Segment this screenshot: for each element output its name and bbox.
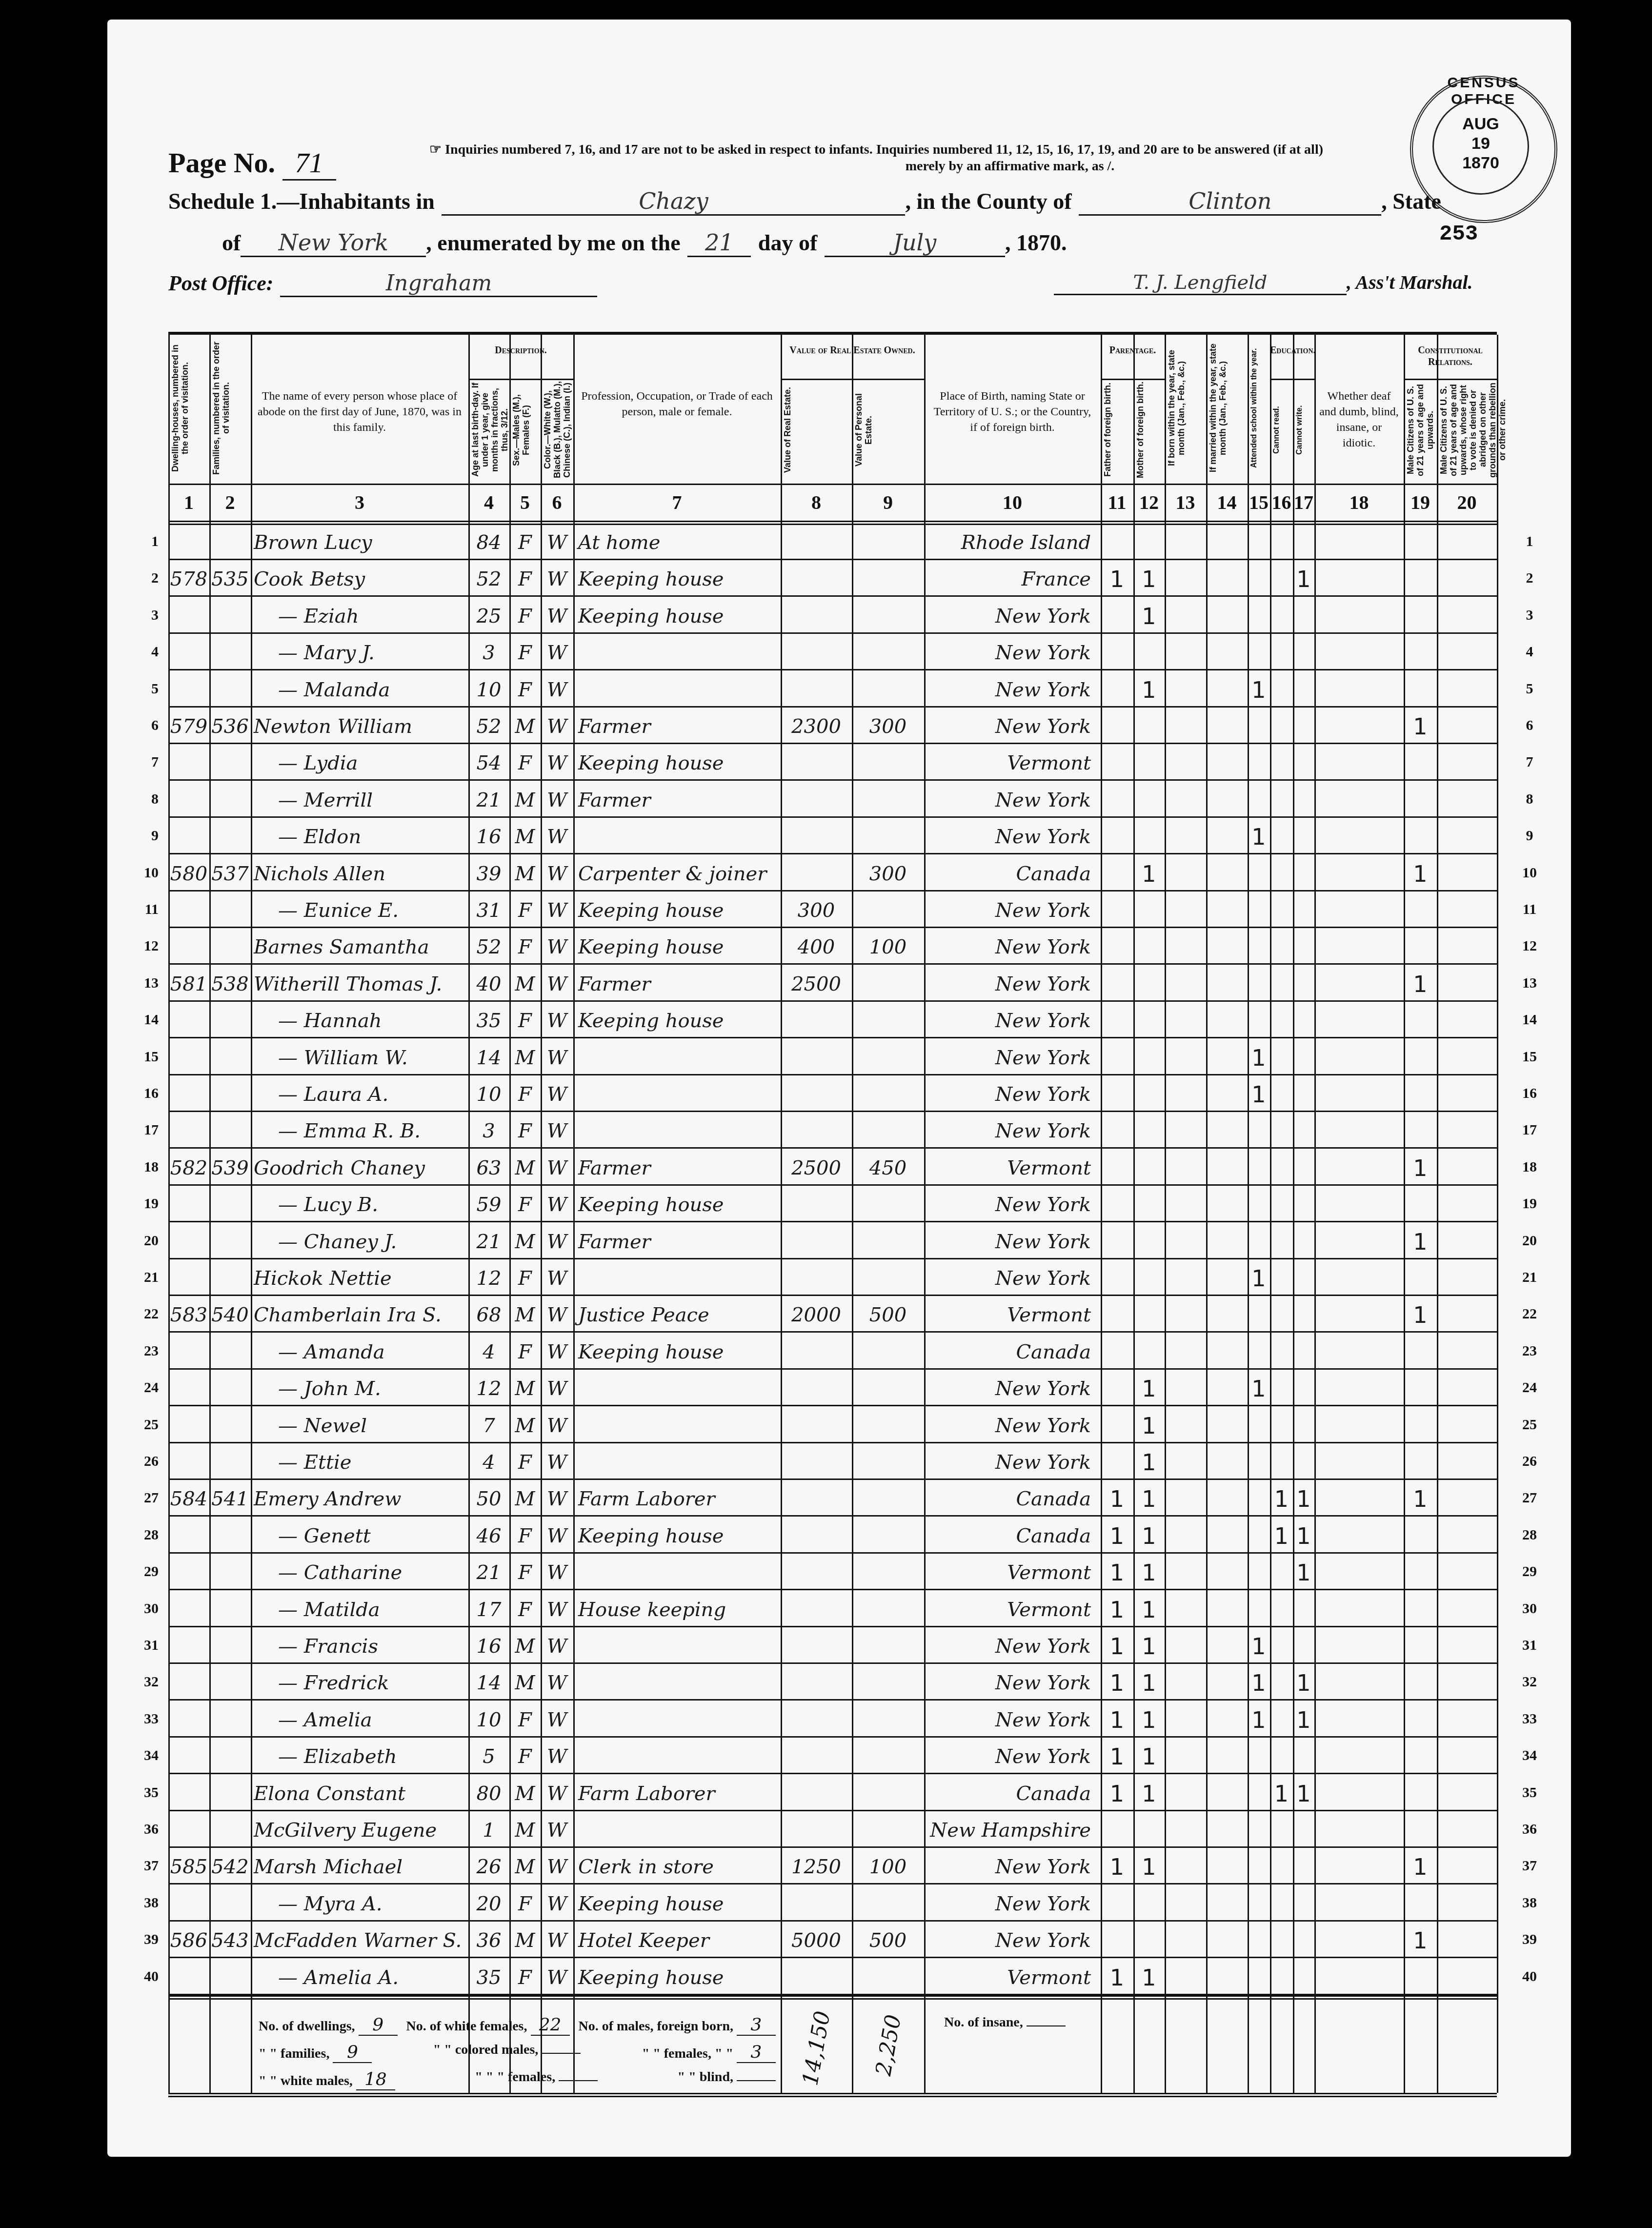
- cell-sex: M: [509, 1374, 541, 1404]
- cell-father-foreign: [1101, 859, 1133, 889]
- column-header-9: Value of Personal Estate.: [854, 381, 922, 479]
- cell-real-estate: 2000: [781, 1300, 852, 1330]
- cell-family: [209, 1742, 251, 1772]
- table-row: — Laura A.10FWNew York11616: [168, 1075, 1497, 1112]
- cell-sex: M: [509, 1779, 541, 1809]
- cell-sex: M: [509, 1668, 541, 1698]
- cell-sex: M: [509, 1631, 541, 1661]
- cell-cannot-write: 1: [1293, 1668, 1314, 1698]
- cell-name: Goodrich Chaney: [254, 1153, 468, 1183]
- cell-birthplace: Vermont: [929, 1153, 1091, 1183]
- line-number-left: 14: [134, 1012, 159, 1028]
- cell-real-estate: [781, 1815, 852, 1845]
- cell-citizen: [1404, 1815, 1437, 1845]
- cell-occupation: At home: [578, 527, 781, 558]
- cell-dwelling: [168, 1631, 209, 1661]
- cell-cannot-read: [1270, 1043, 1293, 1073]
- line-number-left: 29: [134, 1563, 159, 1580]
- cell-birthplace: Canada: [929, 859, 1091, 889]
- cell-real-estate: [781, 1521, 852, 1551]
- line-number-left: 24: [134, 1379, 159, 1396]
- cell-color: W: [541, 932, 573, 962]
- cell-cannot-read: [1270, 1079, 1293, 1110]
- cell-mother-foreign: 1: [1133, 601, 1165, 631]
- group-header-constitutional: Constitutional Relations.: [1404, 344, 1497, 368]
- cell-cannot-write: [1293, 932, 1314, 962]
- summary-line: No. of dwellings, 9No. of white females,…: [259, 2015, 776, 2042]
- cell-occupation: Clerk in store: [578, 1852, 781, 1882]
- cell-age: 63: [468, 1153, 509, 1183]
- cell-mother-foreign: [1133, 785, 1165, 815]
- cell-father-foreign: 1: [1101, 1631, 1133, 1661]
- summary-item-colored-females: " " " females,: [475, 2069, 598, 2097]
- cell-school: [1248, 1558, 1270, 1588]
- cell-real-estate: [781, 1742, 852, 1772]
- cell-citizen: 1: [1404, 1227, 1437, 1257]
- summary-label: " " females, " ": [642, 2046, 733, 2061]
- summary-value: [559, 2080, 598, 2081]
- cell-real-estate: 2500: [781, 1153, 852, 1183]
- cell-father-foreign: [1101, 932, 1133, 962]
- cell-dwelling: 582: [168, 1153, 209, 1183]
- cell-cannot-read: [1270, 1852, 1293, 1882]
- cell-mother-foreign: [1133, 1153, 1165, 1183]
- cell-age: 35: [468, 1006, 509, 1036]
- cell-father-foreign: [1101, 822, 1133, 852]
- cell-color: W: [541, 1815, 573, 1845]
- cell-birthplace: New York: [929, 638, 1091, 668]
- cell-age: 80: [468, 1779, 509, 1809]
- county-label: , in the County of: [905, 189, 1071, 214]
- summary-label: No. of white females,: [406, 2019, 527, 2034]
- cell-family: [209, 1116, 251, 1146]
- cell-age: 21: [468, 1558, 509, 1588]
- cell-name: Chamberlain Ira S.: [254, 1300, 468, 1330]
- line-number-right: 24: [1515, 1379, 1544, 1396]
- line-number-left: 2: [134, 570, 159, 587]
- cell-school: [1248, 564, 1270, 594]
- cell-sex: F: [509, 1705, 541, 1735]
- cell-personal-estate: 300: [852, 859, 924, 889]
- cell-school: [1248, 859, 1270, 889]
- line-number-left: 6: [134, 717, 159, 734]
- table-row: 583540Chamberlain Ira S.68MWJustice Peac…: [168, 1296, 1497, 1333]
- cell-birthplace: New York: [929, 1043, 1091, 1073]
- table-row: — Eunice E.31FWKeeping house300New York1…: [168, 891, 1497, 928]
- cell-mother-foreign: [1133, 1043, 1165, 1073]
- cell-birthplace: New York: [929, 601, 1091, 631]
- line-number-right: 40: [1515, 1968, 1544, 1985]
- table-row: — Malanda10FWNew York1155: [168, 671, 1497, 708]
- cell-sex: M: [509, 859, 541, 889]
- line-number-right: 27: [1515, 1490, 1544, 1506]
- cell-color: W: [541, 1595, 573, 1625]
- cell-school: [1248, 1484, 1270, 1514]
- stamp-day: 19: [1434, 134, 1528, 153]
- line-number-right: 3: [1515, 607, 1544, 624]
- cell-real-estate: [781, 1595, 852, 1625]
- cell-birthplace: Vermont: [929, 748, 1091, 778]
- cell-cannot-write: [1293, 1337, 1314, 1367]
- cell-real-estate: 2300: [781, 711, 852, 742]
- cell-name: — Eziah: [254, 601, 493, 631]
- cell-cannot-write: [1293, 1116, 1314, 1146]
- cell-sex: M: [509, 1484, 541, 1514]
- cell-occupation: Keeping house: [578, 932, 781, 962]
- line-number-right: 33: [1515, 1711, 1544, 1727]
- cell-age: 52: [468, 564, 509, 594]
- cell-occupation: Carpenter & joiner: [578, 859, 781, 889]
- cell-family: [209, 1889, 251, 1919]
- cell-school: [1248, 1116, 1270, 1146]
- cell-school: [1248, 1521, 1270, 1551]
- cell-citizen: 1: [1404, 1153, 1437, 1183]
- cell-citizen: [1404, 1447, 1437, 1478]
- cell-age: 20: [468, 1889, 509, 1919]
- cell-school: [1248, 1153, 1270, 1183]
- cell-occupation: Farmer: [578, 969, 781, 999]
- cell-cannot-read: [1270, 1705, 1293, 1735]
- cell-cannot-read: [1270, 1558, 1293, 1588]
- cell-age: 46: [468, 1521, 509, 1551]
- cell-citizen: [1404, 822, 1437, 852]
- cell-mother-foreign: [1133, 1300, 1165, 1330]
- column-header-17: Cannot write.: [1295, 381, 1312, 479]
- cell-cannot-write: 1: [1293, 564, 1314, 594]
- cell-personal-estate: [852, 822, 924, 852]
- cell-color: W: [541, 859, 573, 889]
- summary-item-families: " " families, 9: [259, 2042, 372, 2069]
- cell-sex: F: [509, 1595, 541, 1625]
- cell-sex: M: [509, 969, 541, 999]
- cell-family: 536: [209, 711, 251, 742]
- group-rule: [468, 379, 573, 380]
- cell-age: 36: [468, 1925, 509, 1956]
- cell-school: [1248, 1595, 1270, 1625]
- line-number-right: 14: [1515, 1012, 1544, 1028]
- cell-family: [209, 1668, 251, 1698]
- cell-personal-estate: [852, 1631, 924, 1661]
- cell-cannot-read: [1270, 1227, 1293, 1257]
- cell-school: [1248, 1889, 1270, 1919]
- post-office-label: Post Office:: [168, 271, 273, 295]
- cell-dwelling: [168, 1006, 209, 1036]
- cell-citizen: [1404, 1263, 1437, 1294]
- line-number-left: 4: [134, 644, 159, 660]
- cell-citizen: [1404, 1116, 1437, 1146]
- table-row: — Amelia A.35FWKeeping houseVermont11404…: [168, 1959, 1497, 1995]
- cell-color: W: [541, 1043, 573, 1073]
- cell-mother-foreign: 1: [1133, 859, 1165, 889]
- line-number-right: 18: [1515, 1159, 1544, 1175]
- cell-school: [1248, 1742, 1270, 1772]
- cell-citizen: [1404, 1595, 1437, 1625]
- table-row: Elona Constant80MWFarm LaborerCanada1111…: [168, 1775, 1497, 1811]
- cell-cannot-read: 1: [1270, 1521, 1293, 1551]
- cell-age: 35: [468, 1963, 509, 1993]
- post-office-field: Ingraham: [280, 271, 597, 297]
- cell-birthplace: Canada: [929, 1521, 1091, 1551]
- cell-real-estate: [781, 1337, 852, 1367]
- cell-school: [1248, 1227, 1270, 1257]
- cell-occupation: Justice Peace: [578, 1300, 781, 1330]
- cell-father-foreign: [1101, 527, 1133, 558]
- table-row: 585542Marsh Michael26MWClerk in store125…: [168, 1848, 1497, 1884]
- column-rule: [1497, 335, 1498, 2093]
- cell-cannot-write: [1293, 1925, 1314, 1956]
- table-row: — Chaney J.21MWFarmerNew York12020: [168, 1223, 1497, 1259]
- cell-dwelling: [168, 1779, 209, 1809]
- cell-birthplace: Vermont: [929, 1595, 1091, 1625]
- cell-personal-estate: [852, 601, 924, 631]
- cell-age: 5: [468, 1742, 509, 1772]
- cell-cannot-write: [1293, 1631, 1314, 1661]
- cell-school: 1: [1248, 1079, 1270, 1110]
- cell-personal-estate: [852, 675, 924, 705]
- cell-family: [209, 1815, 251, 1845]
- cell-color: W: [541, 1374, 573, 1404]
- cell-citizen: [1404, 1374, 1437, 1404]
- cell-occupation: Keeping house: [578, 564, 781, 594]
- cell-birthplace: Vermont: [929, 1300, 1091, 1330]
- cell-real-estate: 300: [781, 895, 852, 926]
- cell-mother-foreign: 1: [1133, 1852, 1165, 1882]
- summary-value: 9: [333, 2042, 372, 2063]
- column-header-20: Male Citizens of U. S. of 21 years of ag…: [1439, 381, 1495, 479]
- cell-cannot-read: [1270, 1190, 1293, 1220]
- cell-sex: M: [509, 1411, 541, 1441]
- column-header-1: Dwelling-houses, numbered in the order o…: [170, 337, 207, 479]
- cell-color: W: [541, 1779, 573, 1809]
- cell-color: W: [541, 638, 573, 668]
- cell-father-foreign: [1101, 1079, 1133, 1110]
- summary-label: No. of dwellings,: [259, 2019, 355, 2034]
- cell-birthplace: New York: [929, 822, 1091, 852]
- cell-birthplace: Rhode Island: [929, 527, 1091, 558]
- cell-citizen: [1404, 1411, 1437, 1441]
- cell-real-estate: 400: [781, 932, 852, 962]
- cell-dwelling: [168, 527, 209, 558]
- cell-cannot-write: 1: [1293, 1558, 1314, 1588]
- column-number: 14: [1206, 491, 1248, 514]
- cell-father-foreign: [1101, 638, 1133, 668]
- table-row: Barnes Samantha52FWKeeping house400100Ne…: [168, 928, 1497, 965]
- summary-label: " " " females,: [475, 2069, 555, 2085]
- cell-age: 14: [468, 1668, 509, 1698]
- cell-name: Hickok Nettie: [254, 1263, 468, 1294]
- cell-name: — Ettie: [254, 1447, 493, 1478]
- column-number: 5: [509, 491, 541, 514]
- cell-real-estate: [781, 564, 852, 594]
- cell-school: 1: [1248, 675, 1270, 705]
- cell-school: 1: [1248, 822, 1270, 852]
- cell-school: [1248, 527, 1270, 558]
- line-number-right: 25: [1515, 1417, 1544, 1433]
- total-personal-estate: 2,250: [871, 2013, 906, 2078]
- cell-occupation: Farmer: [578, 1153, 781, 1183]
- line-number-right: 10: [1515, 865, 1544, 881]
- cell-sex: F: [509, 638, 541, 668]
- cell-cannot-write: [1293, 1300, 1314, 1330]
- cell-color: W: [541, 1668, 573, 1698]
- cell-cannot-read: [1270, 1631, 1293, 1661]
- cell-school: [1248, 1300, 1270, 1330]
- cell-personal-estate: [852, 1043, 924, 1073]
- table-row: — Francis16MWNew York1113131: [168, 1627, 1497, 1664]
- cell-family: [209, 1447, 251, 1478]
- cell-father-foreign: [1101, 1006, 1133, 1036]
- cell-sex: F: [509, 1116, 541, 1146]
- cell-real-estate: [781, 601, 852, 631]
- cell-family: [209, 1190, 251, 1220]
- cell-sex: M: [509, 1852, 541, 1882]
- cell-father-foreign: 1: [1101, 1558, 1133, 1588]
- enumeration-line: ofNew York, enumerated by me on the 21 d…: [222, 229, 1067, 257]
- line-number-left: 11: [134, 901, 159, 918]
- column-header-8: Value of Real Estate.: [783, 381, 850, 479]
- insane-summary: No. of insane,: [944, 2015, 1066, 2030]
- cell-age: 52: [468, 932, 509, 962]
- cell-family: 543: [209, 1925, 251, 1956]
- cell-cannot-read: [1270, 1447, 1293, 1478]
- line-number-right: 22: [1515, 1306, 1544, 1322]
- line-number-right: 1: [1515, 533, 1544, 550]
- cell-citizen: [1404, 1742, 1437, 1772]
- cell-dwelling: [168, 1963, 209, 1993]
- cell-dwelling: [168, 822, 209, 852]
- cell-age: 12: [468, 1374, 509, 1404]
- cell-dwelling: [168, 1190, 209, 1220]
- cell-occupation: [578, 822, 781, 852]
- column-header-16: Cannot read.: [1272, 381, 1291, 479]
- cell-personal-estate: [852, 1006, 924, 1036]
- cell-sex: F: [509, 1742, 541, 1772]
- cell-birthplace: New York: [929, 785, 1091, 815]
- census-table: Description.Value of Real Estate Owned.P…: [168, 332, 1497, 2096]
- cell-dwelling: [168, 1558, 209, 1588]
- cell-occupation: Keeping house: [578, 1521, 781, 1551]
- cell-cannot-read: [1270, 1337, 1293, 1367]
- marshal-label: , Ass't Marshal.: [1347, 271, 1473, 293]
- cell-occupation: Keeping house: [578, 1889, 781, 1919]
- cell-real-estate: [781, 1374, 852, 1404]
- cell-occupation: [578, 1631, 781, 1661]
- cell-sex: F: [509, 1558, 541, 1588]
- cell-dwelling: 580: [168, 859, 209, 889]
- cell-citizen: [1404, 1668, 1437, 1698]
- group-rule: [1101, 379, 1165, 380]
- cell-sex: F: [509, 895, 541, 926]
- cell-sex: M: [509, 1815, 541, 1845]
- table-row: — Eldon16MWNew York199: [168, 818, 1497, 854]
- line-number-right: 16: [1515, 1085, 1544, 1102]
- cell-father-foreign: [1101, 895, 1133, 926]
- table-row: — Merrill21MWFarmerNew York88: [168, 781, 1497, 818]
- line-number-left: 31: [134, 1637, 159, 1654]
- cell-occupation: [578, 1116, 781, 1146]
- cell-color: W: [541, 785, 573, 815]
- cell-dwelling: [168, 1595, 209, 1625]
- table-row: McGilvery Eugene1MWNew Hampshire3636: [168, 1811, 1497, 1848]
- cell-school: 1: [1248, 1631, 1270, 1661]
- inquiry-note: ☞ Inquiries numbered 7, 16, and 17 are n…: [429, 142, 1493, 175]
- column-number: 13: [1165, 491, 1206, 514]
- cell-family: [209, 1411, 251, 1441]
- cell-occupation: House keeping: [578, 1595, 781, 1625]
- cell-sex: F: [509, 1963, 541, 1993]
- cell-name: Nichols Allen: [254, 859, 468, 889]
- cell-real-estate: [781, 675, 852, 705]
- cell-cannot-read: [1270, 1742, 1293, 1772]
- cell-cannot-read: [1270, 638, 1293, 668]
- cell-color: W: [541, 1631, 573, 1661]
- cell-school: [1248, 601, 1270, 631]
- cell-sex: M: [509, 1043, 541, 1073]
- cell-cannot-write: [1293, 1742, 1314, 1772]
- cell-birthplace: France: [929, 564, 1091, 594]
- cell-family: [209, 1006, 251, 1036]
- line-number-left: 8: [134, 791, 159, 808]
- cell-dwelling: 584: [168, 1484, 209, 1514]
- row-rule: [168, 1995, 1497, 1997]
- day-field: 21: [687, 229, 751, 257]
- cell-name: — Malanda: [254, 675, 493, 705]
- cell-father-foreign: [1101, 969, 1133, 999]
- cell-personal-estate: [852, 785, 924, 815]
- cell-citizen: 1: [1404, 859, 1437, 889]
- cell-citizen: 1: [1404, 1925, 1437, 1956]
- cell-mother-foreign: 1: [1133, 1668, 1165, 1698]
- cell-citizen: [1404, 564, 1437, 594]
- cell-citizen: [1404, 1779, 1437, 1809]
- column-header-18: Whether deaf and dumb, blind, insane, or…: [1319, 388, 1399, 451]
- group-rule: [781, 379, 924, 380]
- cell-birthplace: New York: [929, 1925, 1091, 1956]
- line-number-left: 7: [134, 754, 159, 770]
- cell-mother-foreign: [1133, 1190, 1165, 1220]
- cell-real-estate: [781, 1705, 852, 1735]
- cell-real-estate: [781, 785, 852, 815]
- line-number-right: 17: [1515, 1122, 1544, 1138]
- column-number: 10: [924, 491, 1101, 514]
- cell-name: McGilvery Eugene: [254, 1815, 468, 1845]
- cell-school: [1248, 785, 1270, 815]
- cell-dwelling: [168, 1043, 209, 1073]
- summary-label: " " colored males,: [433, 2042, 539, 2057]
- cell-color: W: [541, 527, 573, 558]
- cell-cannot-read: [1270, 1925, 1293, 1956]
- cell-occupation: Keeping house: [578, 601, 781, 631]
- group-rule: [1270, 379, 1314, 380]
- cell-father-foreign: 1: [1101, 1705, 1133, 1735]
- cell-mother-foreign: [1133, 1925, 1165, 1956]
- cell-family: [209, 1705, 251, 1735]
- summary-item-dwellings: No. of dwellings, 9: [259, 2015, 398, 2042]
- day-of-label: day of: [758, 230, 817, 255]
- line-number-left: 18: [134, 1159, 159, 1175]
- cell-name: — Emma R. B.: [254, 1116, 493, 1146]
- line-number-right: 28: [1515, 1527, 1544, 1543]
- cell-dwelling: 586: [168, 1925, 209, 1956]
- cell-mother-foreign: 1: [1133, 675, 1165, 705]
- cell-name: — Elizabeth: [254, 1742, 493, 1772]
- post-office-line: Post Office: Ingraham: [168, 271, 597, 297]
- cell-citizen: [1404, 748, 1437, 778]
- cell-mother-foreign: [1133, 527, 1165, 558]
- cell-mother-foreign: 1: [1133, 1631, 1165, 1661]
- cell-family: [209, 527, 251, 558]
- cell-family: [209, 638, 251, 668]
